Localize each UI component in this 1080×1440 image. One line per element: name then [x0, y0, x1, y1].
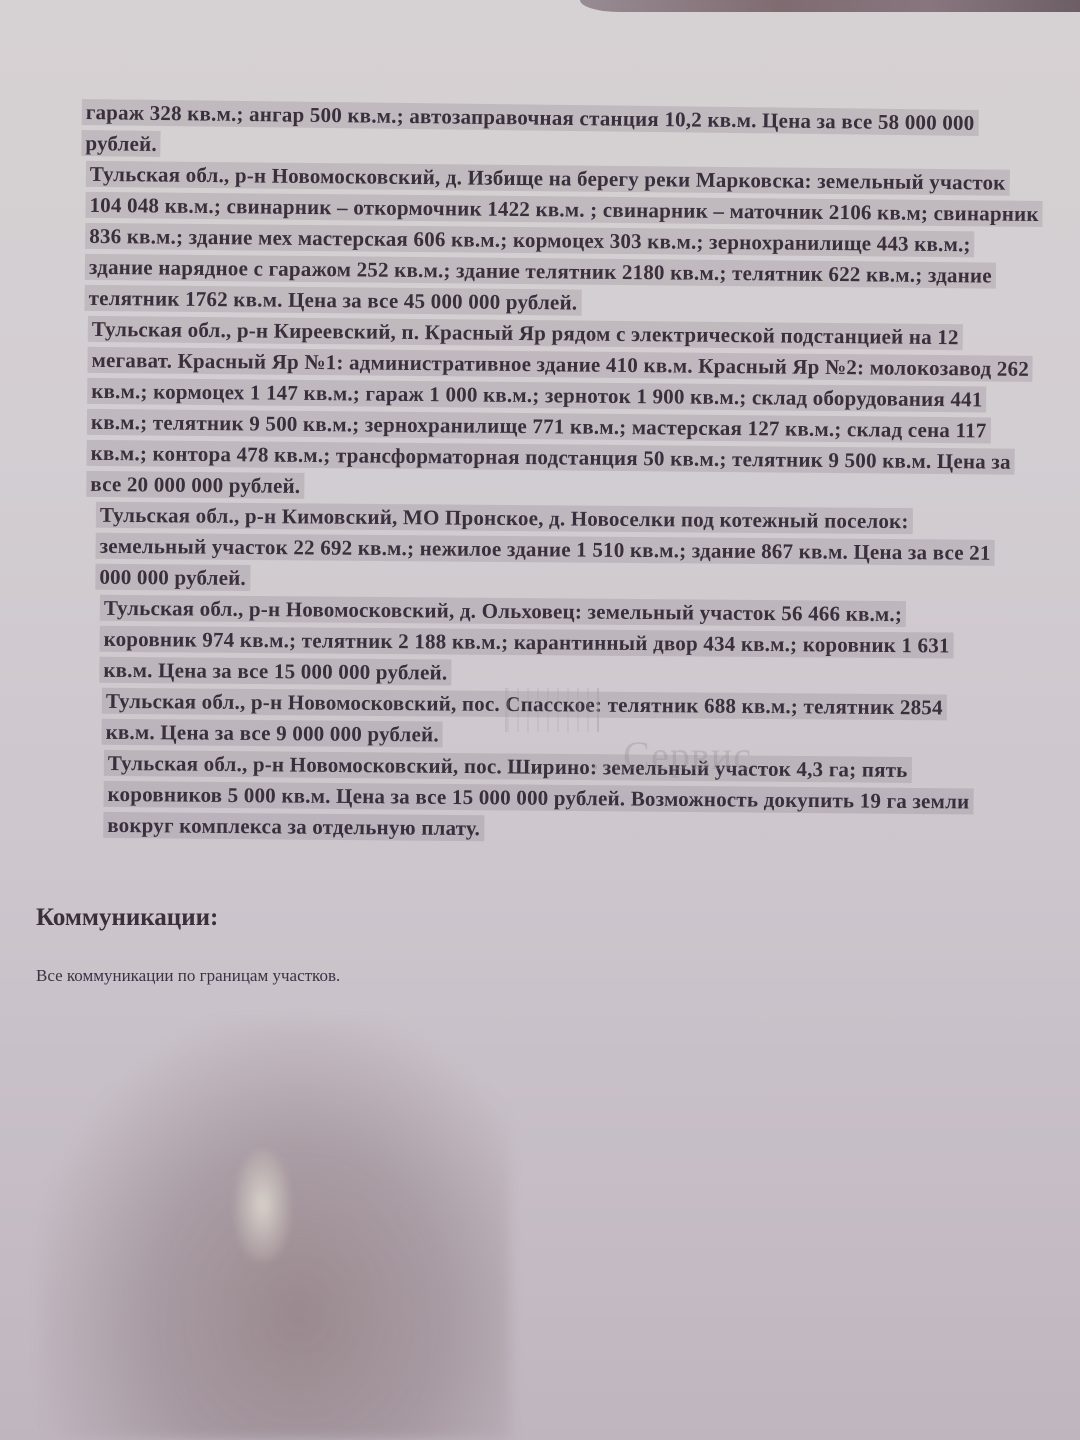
list-item: • Тульская обл., р-н Новомосковский, пос… — [0, 685, 1080, 755]
list-item: • Тульская обл., р-н Киреевский, п. Крас… — [0, 313, 1080, 509]
list-item-text: Тульская обл., р-н Киреевский, п. Красны… — [86, 316, 1033, 499]
communications-text: Все коммуникации по границам участков. — [36, 966, 340, 986]
background-object-edge — [580, 0, 1080, 12]
shadow-highlight — [235, 1150, 290, 1260]
list-item-text: Тульская обл., р-н Новомосковский, д. Из… — [85, 161, 1043, 316]
communications-heading: Коммуникации: — [36, 904, 218, 932]
lead-paragraph-text: гараж 328 кв.м.; ангар 500 кв.м.; автоза… — [81, 99, 978, 157]
list-item-text: Тульская обл., р-н Новомосковский, пос. … — [103, 750, 973, 841]
list-item-text: Тульская обл., р-н Кимовский, МО Пронско… — [95, 502, 994, 591]
list-item-text: Тульская обл., р-н Новомосковский, пос. … — [102, 688, 947, 748]
property-list: • Тульская обл., р-н Новомосковский, д. … — [0, 158, 1080, 840]
list-item-text: Тульская обл., р-н Новомосковский, д. Ол… — [99, 595, 953, 686]
list-item: • Тульская обл., р-н Кимовский, МО Пронс… — [0, 499, 1080, 600]
document-page: гараж 328 кв.м.; ангар 500 кв.м.; автоза… — [0, 96, 1080, 840]
list-item: • Тульская обл., р-н Новомосковский, пос… — [0, 747, 1080, 849]
list-item: • Тульская обл., р-н Новомосковский, д. … — [0, 158, 1080, 323]
list-item: • Тульская обл., р-н Новомосковский, д. … — [0, 592, 1080, 693]
